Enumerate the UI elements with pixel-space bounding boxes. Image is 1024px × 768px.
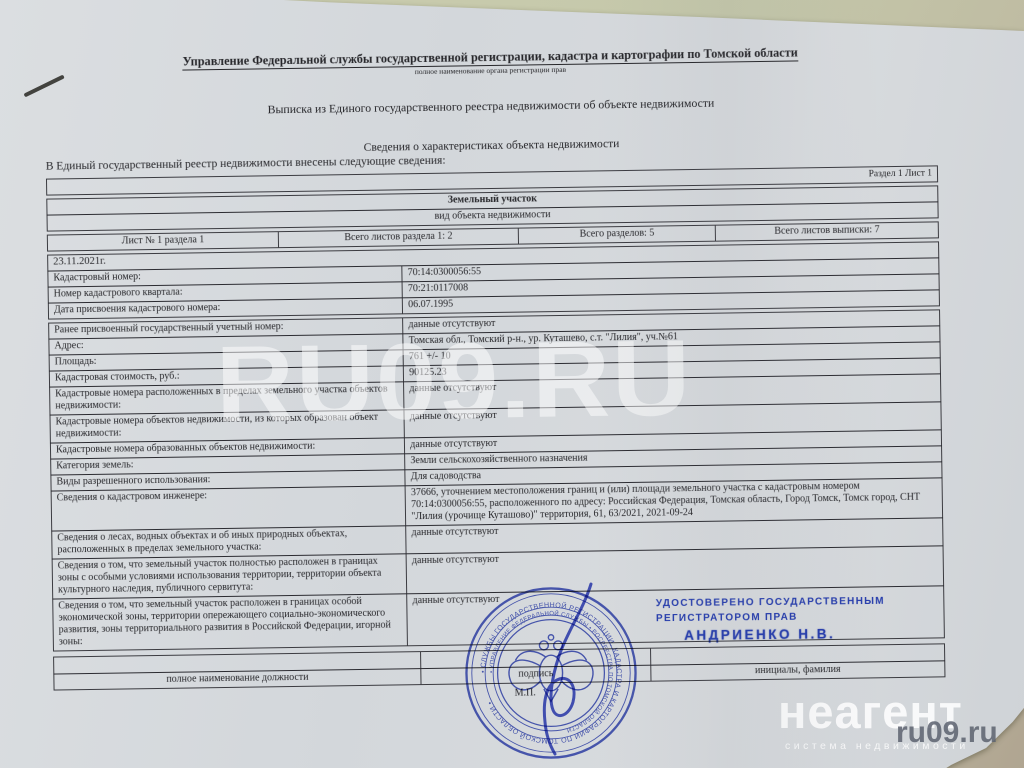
- registrar-name: АНДРИЕНКО Н.В.: [684, 626, 885, 643]
- row-label: Кадастровые номера объектов недвижимости…: [50, 410, 405, 442]
- row-label: Сведения о том, что земельный участок ра…: [53, 594, 408, 650]
- registrar-stamp: УДОСТОВЕРЕНО ГОСУДАРСТВЕННЫМ РЕГИСТРАТОР…: [656, 596, 886, 643]
- row-label: Сведения о том, что земельный участок по…: [53, 554, 408, 598]
- sheet-info-cell: Лист № 1 раздела 1: [48, 232, 279, 250]
- doc-title: Выписка из Единого государственного реес…: [45, 92, 937, 120]
- row-value: 37666, уточнением местоположения границ …: [406, 478, 942, 525]
- sheet-info-cell: Всего листов выписки: 7: [716, 222, 938, 240]
- name-caption: инициалы, фамилия: [651, 661, 944, 680]
- sheet-info-cell: Всего разделов: 5: [519, 226, 717, 244]
- registrar-stamp-line2: РЕГИСТРАТОРОМ ПРАВ: [656, 611, 885, 624]
- row-label: Кадастровые номера расположенных в преде…: [50, 382, 405, 414]
- registrar-stamp-line1: УДОСТОВЕРЕНО ГОСУДАРСТВЕННЫМ: [656, 596, 885, 609]
- row-label: Сведения о кадастровом инженере:: [52, 486, 407, 530]
- sheet-info-cell: Всего листов раздела 1: 2: [279, 229, 519, 248]
- document-photo: Управление Федеральной службы государств…: [0, 0, 1024, 768]
- row-label: Сведения о лесах, водных объектах и об и…: [52, 526, 407, 558]
- handwritten-signature: [495, 572, 635, 762]
